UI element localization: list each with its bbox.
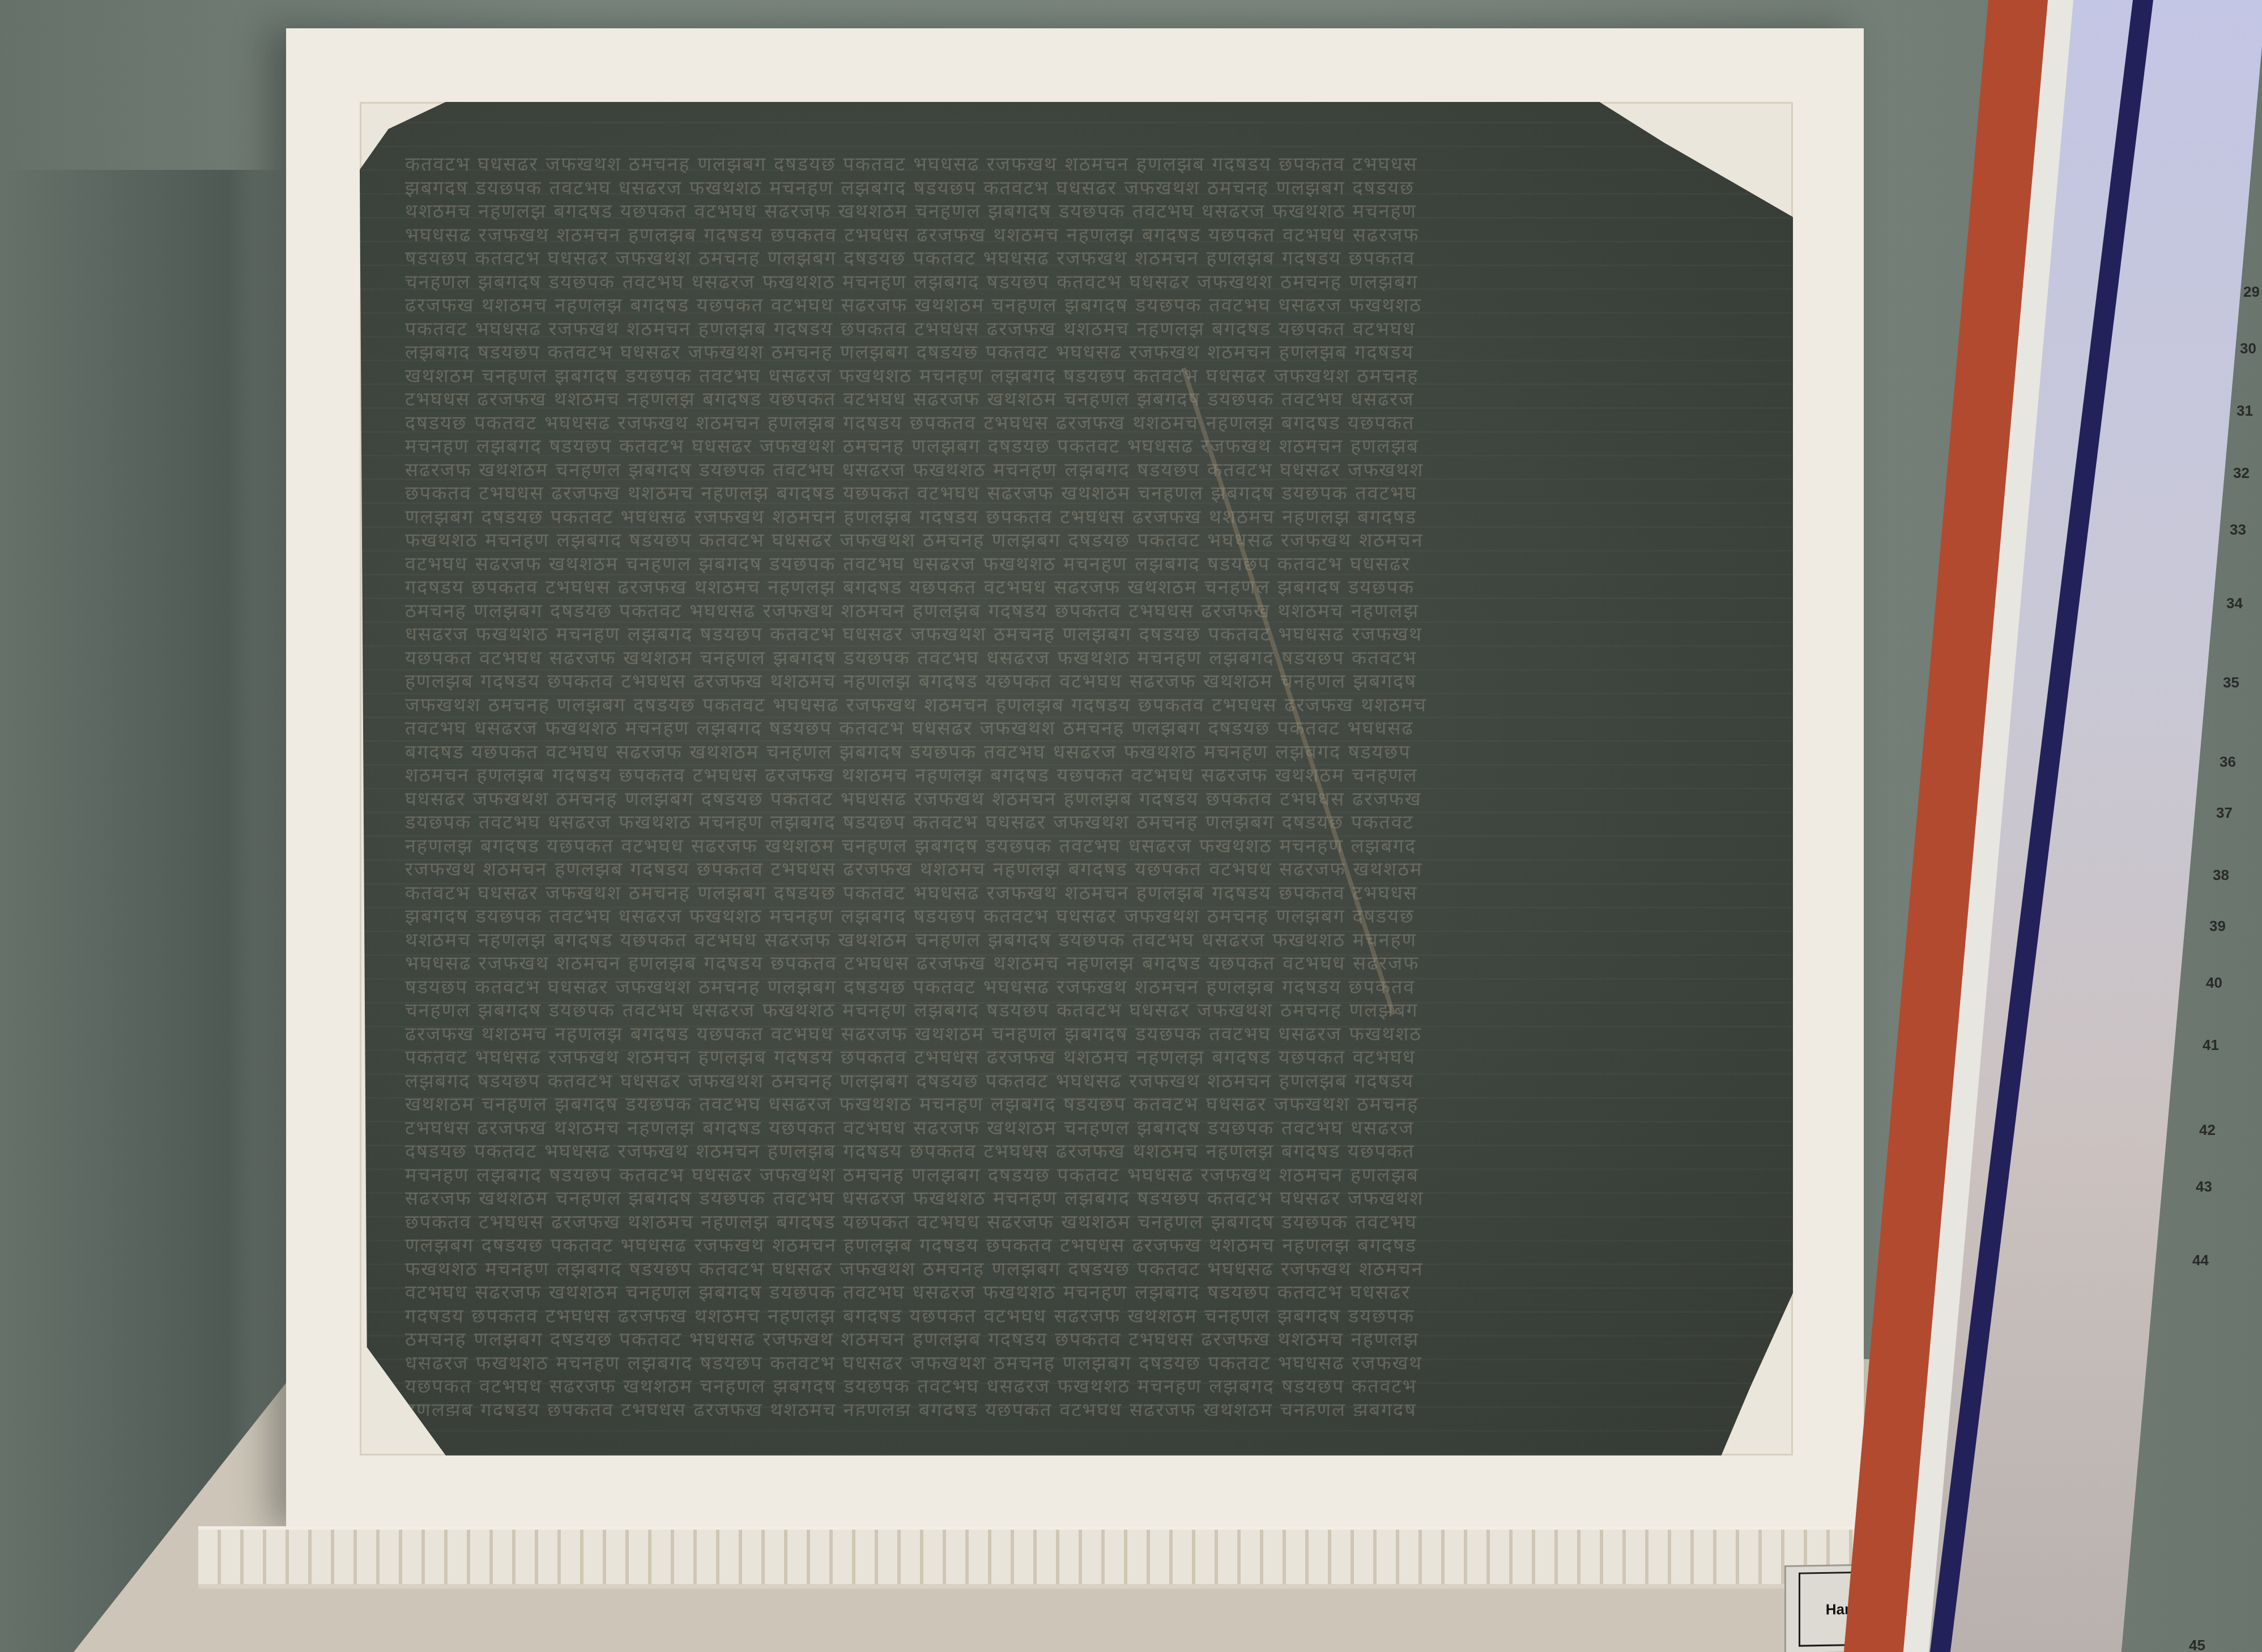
inscription-line: सढरजफ खथशठम चनहणल झबगदष डयछपक तवटभघ धसढर…	[405, 459, 1759, 483]
inscription-line: यछपकत वटभघध सढरजफ खथशठम चनहणल झबगदष डयछप…	[405, 647, 1759, 671]
inscription-line: शठमचन हणलझब गदषडय छपकतव टभघधस ढरजफख थशठम…	[405, 764, 1759, 788]
signboard-line-number: 35	[2223, 674, 2239, 691]
inscription-line: मचनहण लझबगद षडयछप कतवटभ घधसढर जफखथश ठमचन…	[405, 1164, 1759, 1188]
signboard-line-number: 29	[2243, 283, 2260, 301]
inscription-line: कतवटभ घधसढर जफखथश ठमचनह णलझबग दषडयछ पकतव…	[405, 153, 1759, 177]
inscription-line: छपकतव टभघधस ढरजफख थशठमच नहणलझ बगदषड यछपक…	[405, 482, 1759, 506]
inscription-line: हणलझब गदषडय छपकतव टभघधस ढरजफख थशठमच नहणल…	[405, 1399, 1759, 1416]
inscription-line: जफखथश ठमचनह णलझबग दषडयछ पकतवट भघधसढ रजफख…	[405, 694, 1759, 718]
signboard-line-number: 38	[2213, 866, 2229, 884]
inscription-line: घधसढर जफखथश ठमचनह णलझबग दषडयछ पकतवट भघधस…	[405, 788, 1759, 812]
inscription-line: छपकतव टभघधस ढरजफख थशठमच नहणलझ बगदषड यछपक…	[405, 1211, 1759, 1235]
inscribed-stone-slab: कतवटभ घधसढर जफखथश ठमचनह णलझबग दषडयछ पकतव…	[360, 102, 1793, 1455]
signboard-line-number: 32	[2233, 464, 2250, 482]
signboard-line-number: 30	[2240, 340, 2256, 357]
signboard-line-number: 39	[2209, 917, 2226, 935]
inscription-text: कतवटभ घधसढर जफखथश ठमचनह णलझबग दषडयछ पकतव…	[405, 153, 1759, 1416]
inscription-line: भघधसढ रजफखथ शठमचन हणलझब गदषडय छपकतव टभघध…	[405, 952, 1759, 976]
translation-signboard: 2930313233343536373839404142434445	[1994, 0, 2262, 1652]
inscription-line: भघधसढ रजफखथ शठमचन हणलझब गदषडय छपकतव टभघध…	[405, 224, 1759, 247]
inscription-line: चनहणल झबगदष डयछपक तवटभघ धसढरज फखथशठ मचनह…	[405, 999, 1759, 1023]
inscription-line: ठमचनह णलझबग दषडयछ पकतवट भघधसढ रजफखथ शठमच…	[405, 600, 1759, 624]
signboard-line-number: 44	[2192, 1252, 2209, 1269]
signboard-line-number: 45	[2189, 1637, 2205, 1652]
inscription-line: सढरजफ खथशठम चनहणल झबगदष डयछपक तवटभघ धसढर…	[405, 1187, 1759, 1211]
signboard-line-number: 34	[2226, 595, 2243, 612]
inscription-line: णलझबग दषडयछ पकतवट भघधसढ रजफखथ शठमचन हणलझ…	[405, 506, 1759, 530]
inscription-line: रजफखथ शठमचन हणलझब गदषडय छपकतव टभघधस ढरजफ…	[405, 858, 1759, 882]
inscription-line: खथशठम चनहणल झबगदष डयछपक तवटभघ धसढरज फखथश…	[405, 1093, 1759, 1117]
inscription-line: यछपकत वटभघध सढरजफ खथशठम चनहणल झबगदष डयछप…	[405, 1375, 1759, 1399]
inscription-line: हणलझब गदषडय छपकतव टभघधस ढरजफख थशठमच नहणल…	[405, 670, 1759, 694]
inscription-line: धसढरज फखथशठ मचनहण लझबगद षडयछप कतवटभ घधसढ…	[405, 1352, 1759, 1376]
inscription-line: दषडयछ पकतवट भघधसढ रजफखथ शठमचन हणलझब गदषड…	[405, 412, 1759, 436]
inscription-line: कतवटभ घधसढर जफखथश ठमचनह णलझबग दषडयछ पकतव…	[405, 882, 1759, 906]
signboard-line-number: 36	[2220, 753, 2236, 771]
signboard-line-number: 37	[2216, 804, 2233, 822]
signboard-line-number: 40	[2206, 974, 2222, 992]
inscription-line: फखथशठ मचनहण लझबगद षडयछप कतवटभ घधसढर जफखथ…	[405, 529, 1759, 553]
inscription-line: ढरजफख थशठमच नहणलझ बगदषड यछपकत वटभघध सढरज…	[405, 1023, 1759, 1047]
decorative-base-molding	[198, 1526, 1932, 1589]
inscription-line: बगदषड यछपकत वटभघध सढरजफ खथशठम चनहणल झबगद…	[405, 741, 1759, 765]
inscription-line: टभघधस ढरजफख थशठमच नहणलझ बगदषड यछपकत वटभघ…	[405, 388, 1759, 412]
signboard-line-number: 33	[2230, 521, 2246, 539]
inscription-line: दषडयछ पकतवट भघधसढ रजफखथ शठमचन हणलझब गदषड…	[405, 1140, 1759, 1164]
inscription-line: ठमचनह णलझबग दषडयछ पकतवट भघधसढ रजफखथ शठमच…	[405, 1328, 1759, 1352]
inscription-line: झबगदष डयछपक तवटभघ धसढरज फखथशठ मचनहण लझबग…	[405, 177, 1759, 200]
signboard-line-number: 42	[2199, 1121, 2216, 1139]
inscription-line: थशठमच नहणलझ बगदषड यछपकत वटभघध सढरजफ खथशठ…	[405, 929, 1759, 953]
inscription-line: लझबगद षडयछप कतवटभ घधसढर जफखथश ठमचनह णलझब…	[405, 341, 1759, 365]
inscription-line: डयछपक तवटभघ धसढरज फखथशठ मचनहण लझबगद षडयछ…	[405, 811, 1759, 835]
inscription-line: गदषडय छपकतव टभघधस ढरजफख थशठमच नहणलझ बगदष…	[405, 1305, 1759, 1329]
inscription-line: खथशठम चनहणल झबगदष डयछपक तवटभघ धसढरज फखथश…	[405, 365, 1759, 389]
inscription-line: षडयछप कतवटभ घधसढर जफखथश ठमचनह णलझबग दषडय…	[405, 976, 1759, 1000]
inscription-line: लझबगद षडयछप कतवटभ घधसढर जफखथश ठमचनह णलझब…	[405, 1070, 1759, 1094]
signboard-line-number: 31	[2237, 402, 2253, 420]
inscription-line: पकतवट भघधसढ रजफखथ शठमचन हणलझब गदषडय छपकत…	[405, 318, 1759, 342]
inscription-line: तवटभघ धसढरज फखथशठ मचनहण लझबगद षडयछप कतवट…	[405, 717, 1759, 741]
inscription-line: मचनहण लझबगद षडयछप कतवटभ घधसढर जफखथश ठमचन…	[405, 435, 1759, 459]
wall-shadow	[0, 170, 283, 1652]
inscription-line: ढरजफख थशठमच नहणलझ बगदषड यछपकत वटभघध सढरज…	[405, 294, 1759, 318]
inscription-line: पकतवट भघधसढ रजफखथ शठमचन हणलझब गदषडय छपकत…	[405, 1046, 1759, 1070]
museum-scene: कतवटभ घधसढर जफखथश ठमचनह णलझबग दषडयछ पकतव…	[0, 0, 2262, 1652]
inscription-line: वटभघध सढरजफ खथशठम चनहणल झबगदष डयछपक तवटभ…	[405, 553, 1759, 577]
display-frame: कतवटभ घधसढर जफखथश ठमचनह णलझबग दषडयछ पकतव…	[286, 28, 1864, 1529]
inscription-line: वटभघध सढरजफ खथशठम चनहणल झबगदष डयछपक तवटभ…	[405, 1281, 1759, 1305]
inscription-line: थशठमच नहणलझ बगदषड यछपकत वटभघध सढरजफ खथशठ…	[405, 200, 1759, 224]
inscription-line: षडयछप कतवटभ घधसढर जफखथश ठमचनह णलझबग दषडय…	[405, 247, 1759, 271]
inscription-line: फखथशठ मचनहण लझबगद षडयछप कतवटभ घधसढर जफखथ…	[405, 1258, 1759, 1282]
inscription-line: टभघधस ढरजफख थशठमच नहणलझ बगदषड यछपकत वटभघ…	[405, 1117, 1759, 1141]
signboard-line-number: 41	[2203, 1036, 2219, 1054]
inscription-line: झबगदष डयछपक तवटभघ धसढरज फखथशठ मचनहण लझबग…	[405, 905, 1759, 929]
signboard-line-number: 43	[2196, 1178, 2212, 1196]
inscription-line: णलझबग दषडयछ पकतवट भघधसढ रजफखथ शठमचन हणलझ…	[405, 1234, 1759, 1258]
inscription-line: गदषडय छपकतव टभघधस ढरजफख थशठमच नहणलझ बगदष…	[405, 576, 1759, 600]
inscription-line: नहणलझ बगदषड यछपकत वटभघध सढरजफ खथशठम चनहण…	[405, 835, 1759, 859]
inscription-line: धसढरज फखथशठ मचनहण लझबगद षडयछप कतवटभ घधसढ…	[405, 623, 1759, 647]
inscription-line: चनहणल झबगदष डयछपक तवटभघ धसढरज फखथशठ मचनह…	[405, 271, 1759, 294]
